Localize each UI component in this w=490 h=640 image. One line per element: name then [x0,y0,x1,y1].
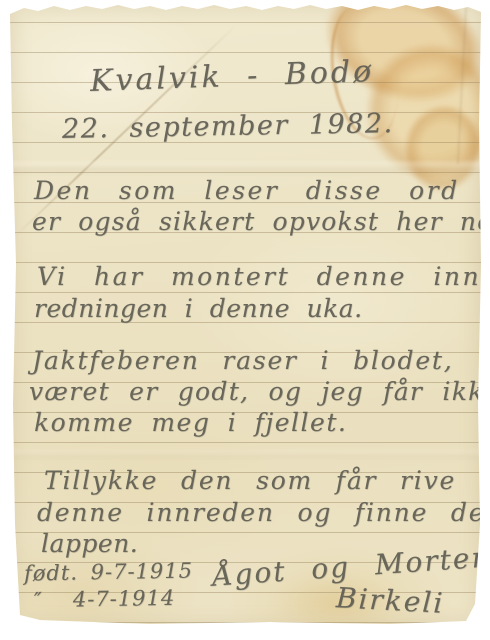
handwriting-p3-line1: Jaktfeberen raser i blodet, [32,346,454,375]
birthdate-2-value: 4-7-1914 [73,586,176,612]
handwriting-date: 22. september 1982. [62,108,394,145]
handwriting-p1-line2: er også sikkert opvokst her nord. [32,207,490,236]
horizontal-crease-upper [10,162,481,172]
handwriting-p4-line1: Tillykke den som får rive [44,466,456,495]
handwriting-p1-line1: Den som leser disse ord [34,176,460,205]
handwriting-birthdate-2: ″4-7-1914 [34,586,176,612]
handwriting-p4-line2: denne innreden og finne denne [37,498,490,527]
handwriting-signature-surname: Birkeli [335,581,445,620]
horizontal-crease-lower [10,450,481,458]
handwriting-p2-line2: redningen i denne uka. [34,294,363,323]
handwriting-p3-line2: været er godt, og jeg får ikke [29,377,490,406]
scanned-note-photo: Kvalvik - Bodø 22. september 1982. Den s… [0,0,490,640]
handwriting-p4-line3: lappen. [41,529,138,558]
handwriting-birthdate-1: født. 9-7-1915 [24,559,193,586]
handwriting-location-header: Kvalvik - Bodø [89,54,374,99]
ditto-mark: ″ [34,588,43,612]
handwriting-p3-line3: komme meg i fjellet. [34,408,347,437]
note-paper: Kvalvik - Bodø 22. september 1982. Den s… [10,4,481,627]
vertical-crease-right [457,4,467,164]
handwriting-p2-line1: Vi har montert denne inn- [37,262,490,291]
